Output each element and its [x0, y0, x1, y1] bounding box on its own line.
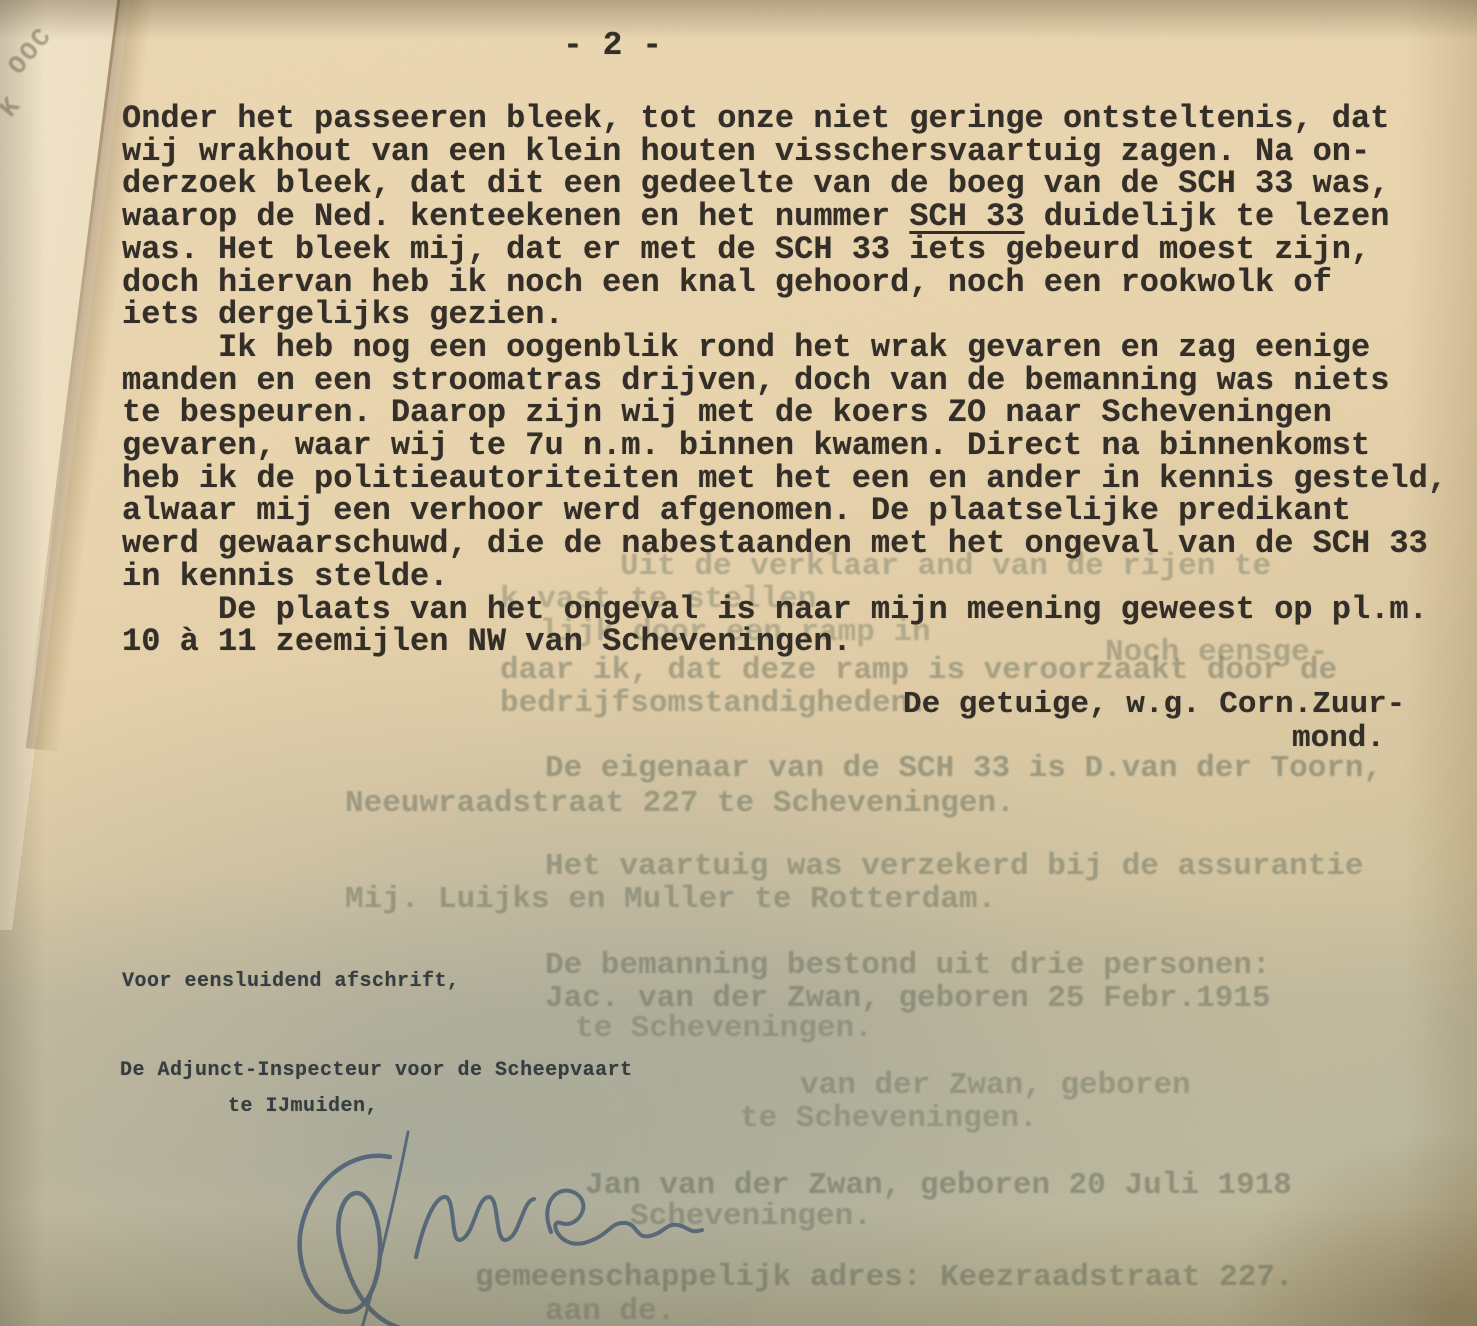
certifier-title: De Adjunct-Inspecteur voor de Scheepvaar… [120, 1060, 633, 1082]
report-body: Onder het passeeren bleek, tot onze niet… [122, 103, 1447, 659]
body-line: gevaren, waar wij te 7u n.m. binnen kwam… [122, 430, 1447, 463]
certifier-location: te IJmuiden, [228, 1096, 378, 1118]
body-line: 10 à 11 zeemijlen NW van Scheveningen. [122, 626, 1447, 659]
body-line: heb ik de politieautoriteiten met het ee… [122, 463, 1447, 496]
bleedthrough-line: Neeuwraadstraat 227 te Scheveningen. [345, 788, 1015, 819]
stamp-fragment-text: K [0, 91, 28, 124]
page-number: - 2 - [563, 28, 662, 64]
bleedthrough-line: bedrijfsomstandigheden. [500, 688, 928, 719]
bleedthrough-line: Scheveningen. [630, 1201, 872, 1232]
witness-signature-line-continuation: mond. [1292, 722, 1385, 755]
bleedthrough-line: De eigenaar van de SCH 33 is D.van der T… [545, 753, 1382, 784]
bleedthrough-line: te Scheveningen. [575, 1013, 873, 1044]
bleedthrough-line: te Scheveningen. [740, 1103, 1038, 1134]
body-line: werd gewaarschuwd, die de nabestaanden m… [122, 528, 1447, 561]
bleedthrough-line: Jan van der Zwan, geboren 20 Juli 1918 [585, 1170, 1292, 1201]
document-page: Uit de verklaar and van de rijen tek vas… [0, 0, 1477, 1326]
body-line: alwaar mij een verhoor werd afgenomen. D… [122, 495, 1447, 528]
page-fold-crease [25, 0, 120, 728]
bleedthrough-line: Jac. van der Zwan, geboren 25 Febr.1915 [545, 983, 1271, 1014]
body-line: iets dergelijks gezien. [122, 299, 1447, 332]
bleedthrough-line: aan de. [545, 1296, 675, 1326]
bleedthrough-line: gemeenschappelijk adres: Keezraadstraat … [475, 1262, 1294, 1293]
body-line: in kennis stelde. [122, 561, 1447, 594]
underlined-vessel-number: SCH 33 [909, 198, 1024, 235]
body-line: Onder het passeeren bleek, tot onze niet… [122, 103, 1447, 136]
body-line: derzoek bleek, dat dit een gedeelte van … [122, 168, 1447, 201]
body-line: De plaats van het ongeval is naar mijn m… [122, 594, 1447, 627]
body-line: waarop de Ned. kenteekenen en het nummer… [122, 201, 1447, 234]
bleedthrough-line: Het vaartuig was verzekerd bij de assura… [545, 851, 1364, 882]
bleedthrough-line: Mij. Luijks en Muller te Rotterdam. [345, 884, 996, 915]
body-line: te bespeuren. Daarop zijn wij met de koe… [122, 397, 1447, 430]
body-line: manden en een stroomatras drijven, doch … [122, 365, 1447, 398]
body-line: Ik heb nog een oogenblik rond het wrak g… [122, 332, 1447, 365]
witness-signature-line: De getuige, w.g. Corn.Zuur- [903, 688, 1405, 721]
body-line: doch hiervan heb ik noch een knal gehoor… [122, 267, 1447, 300]
bleedthrough-line: van der Zwan, geboren [800, 1070, 1191, 1101]
body-line: was. Het bleek mij, dat er met de SCH 33… [122, 234, 1447, 267]
handwritten-signature [258, 1124, 728, 1326]
bleedthrough-line: De bemanning bestond uit drie personen: [545, 950, 1271, 981]
body-line-segment: waarop de Ned. kenteekenen en het nummer [122, 198, 909, 235]
body-line: wij wrakhout van een klein houten vissch… [122, 136, 1447, 169]
body-line-segment: duidelijk te lezen [1025, 198, 1390, 235]
certification-statement: Voor eensluidend afschrift, [122, 971, 460, 993]
